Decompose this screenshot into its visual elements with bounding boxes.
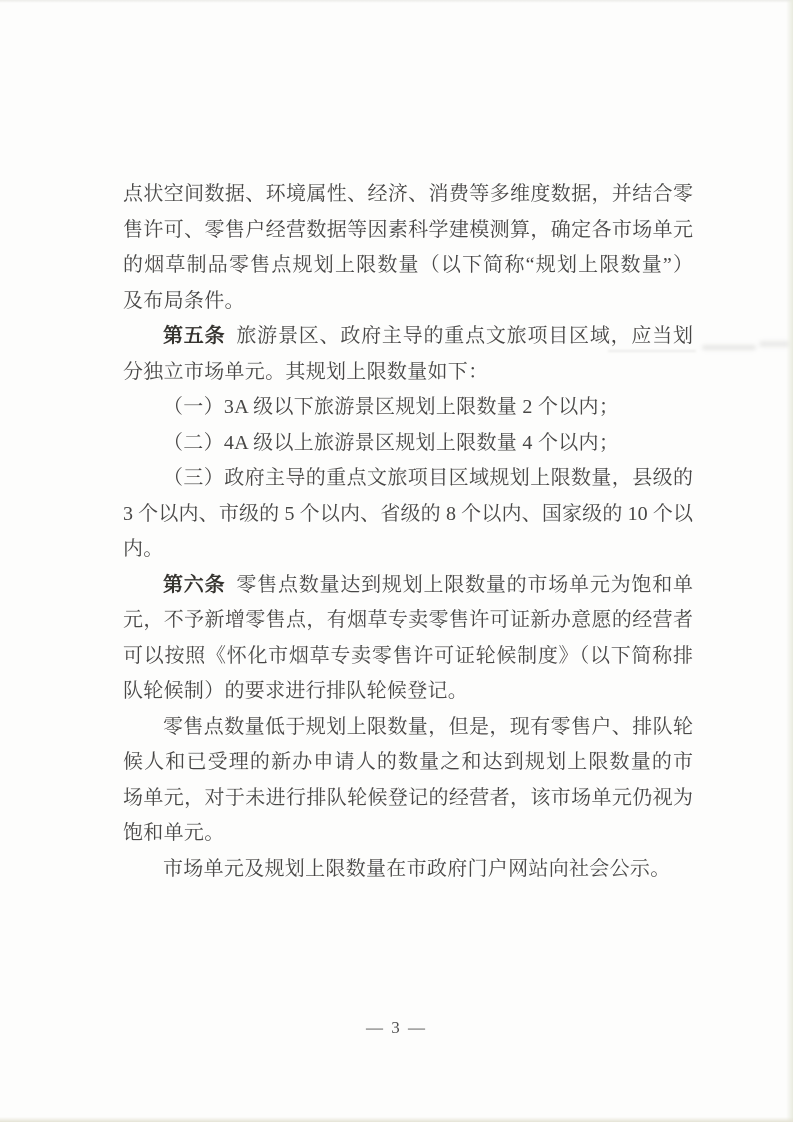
text-line: 3 个以内、市级的 5 个以内、省级的 8 个以内、国家级的 10 个以: [123, 497, 693, 533]
scan-edge-right: [786, 0, 793, 1122]
article-number-label: 第六条: [163, 574, 225, 596]
text-line: 市场单元及规划上限数量在市政府门户网站向社会公示。: [123, 852, 693, 888]
page-number: — 3 —: [0, 1018, 793, 1038]
document-text-block: 点状空间数据、环境属性、经济、消费等多维度数据，并结合零售许可、零售户经营数据等…: [123, 177, 693, 887]
text-line: 及布局条件。: [123, 284, 693, 320]
text-line: 点状空间数据、环境属性、经济、消费等多维度数据，并结合零: [123, 177, 693, 213]
text-line: 元，不予新增零售点，有烟草专卖零售许可证新办意愿的经营者: [123, 603, 693, 639]
text-line: 饱和单元。: [123, 816, 693, 852]
text-line-article-start: 第六条零售点数量达到规划上限数量的市场单元为饱和单: [123, 568, 693, 604]
scan-smudge: [702, 345, 756, 350]
text-line: 队轮候制）的要求进行排队轮候登记。: [123, 674, 693, 710]
text-line: 分独立市场单元。其规划上限数量如下：: [123, 355, 693, 391]
text-line: 售许可、零售户经营数据等因素科学建模测算，确定各市场单元: [123, 213, 693, 249]
scan-smudge: [608, 350, 696, 352]
text-line: 的烟草制品零售点规划上限数量（以下简称“规划上限数量”）: [123, 248, 693, 284]
text-line: 可以按照《怀化市烟草专卖零售许可证轮候制度》（以下简称排: [123, 639, 693, 675]
article-number-label: 第五条: [163, 325, 225, 347]
scan-edge-top: [0, 0, 793, 3]
text-line: （三）政府主导的重点文旅项目区域规划上限数量，县级的: [123, 461, 693, 497]
document-page: 点状空间数据、环境属性、经济、消费等多维度数据，并结合零售许可、零售户经营数据等…: [0, 0, 793, 1122]
text-line: 场单元，对于未进行排队轮候登记的经营者，该市场单元仍视为: [123, 781, 693, 817]
text-line: 内。: [123, 532, 693, 568]
text-line: （一）3A 级以下旅游景区规划上限数量 2 个以内；: [123, 390, 693, 426]
scan-edge-bottom: [0, 1117, 793, 1122]
text-line: （二）4A 级以上旅游景区规划上限数量 4 个以内；: [123, 426, 693, 462]
text-line: 候人和已受理的新办申请人的数量之和达到规划上限数量的市: [123, 745, 693, 781]
text-line: 零售点数量低于规划上限数量，但是，现有零售户、排队轮: [123, 710, 693, 746]
